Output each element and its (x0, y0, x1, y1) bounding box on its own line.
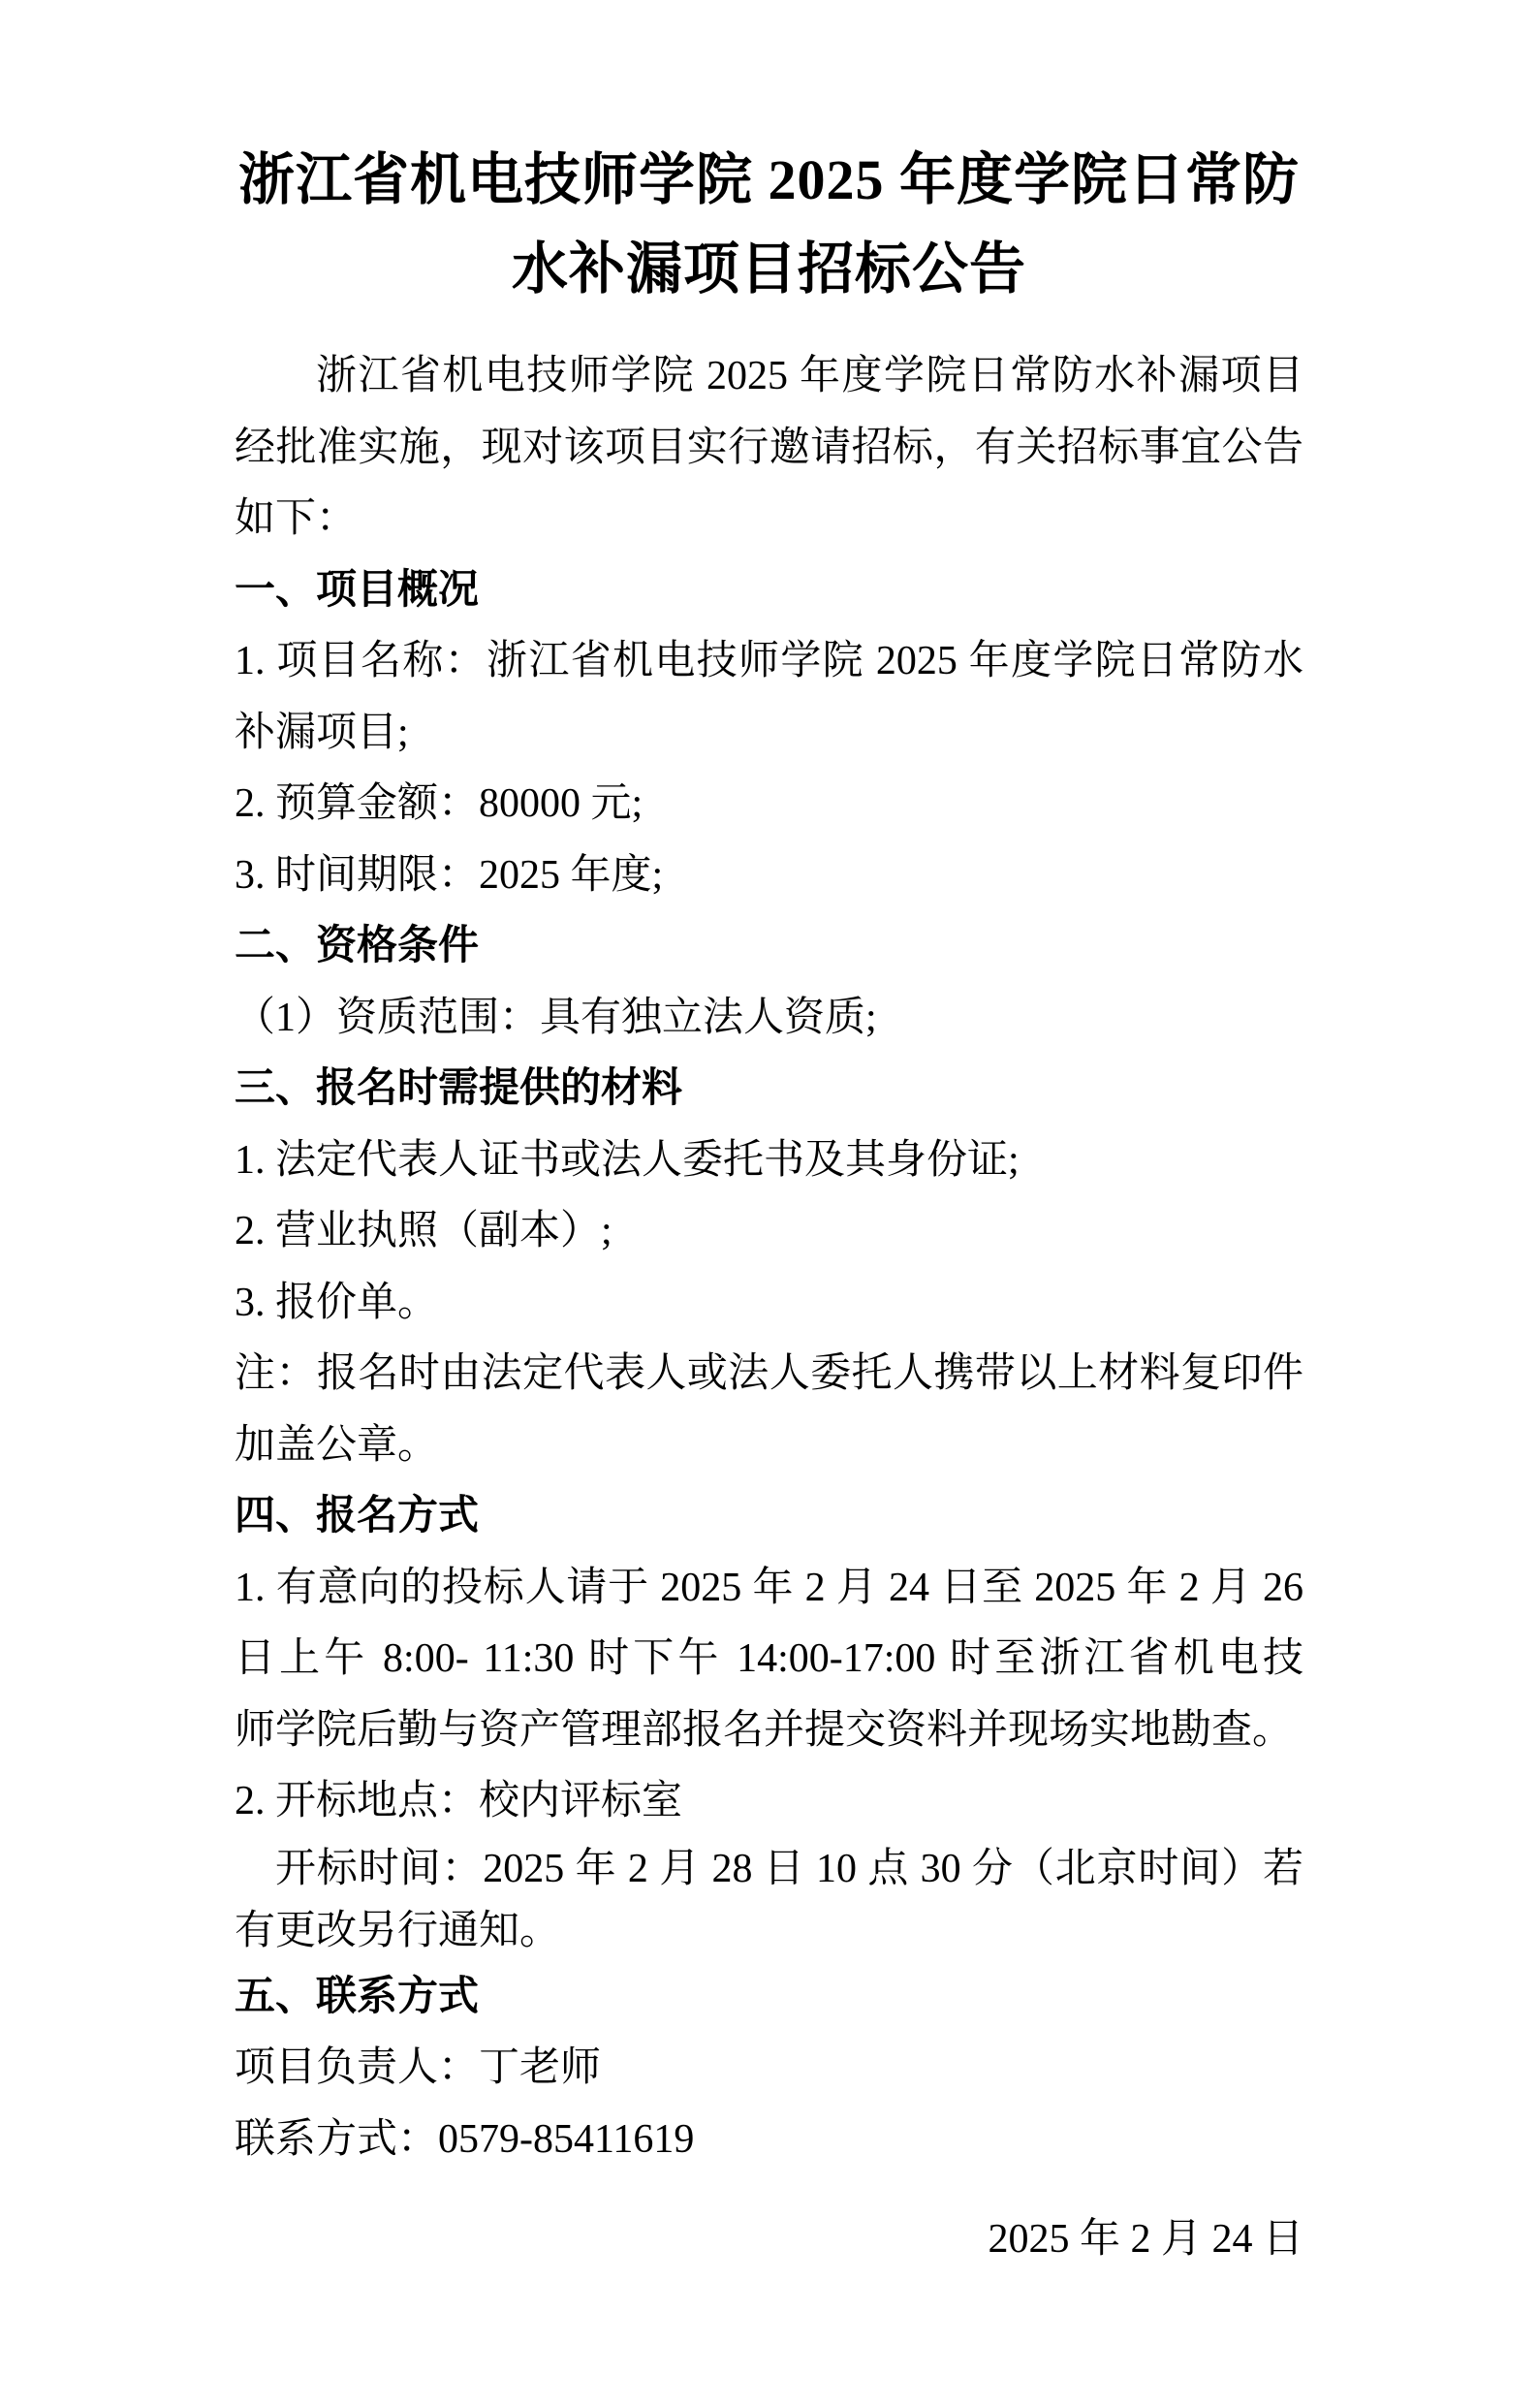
body-line: 1. 有意向的投标人请于 2025 年 2 月 24 日至 2025 年 2 月… (235, 1553, 1303, 1625)
body-line: 有更改另行通知。 (235, 1900, 1303, 1962)
body-line: 加盖公章。 (235, 1410, 1303, 1482)
body-line: 师学院后勤与资产管理部报名并提交资料并现场实地勘查。 (235, 1695, 1303, 1767)
body-line: 如下： (235, 484, 1303, 555)
body-line: 2. 营业执照（副本）; (235, 1196, 1303, 1268)
body-line: 注：报名时由法定代表人或法人委托人携带以上材料复印件 (235, 1339, 1303, 1410)
body-line: 开标时间：2025 年 2 月 28 日 10 点 30 分（北京时间）若 (235, 1838, 1303, 1900)
section-heading: 二、资格条件 (235, 911, 1303, 983)
body-line: 1. 法定代表人证书或法人委托书及其身份证; (235, 1125, 1303, 1197)
section-heading: 一、项目概况 (235, 555, 1303, 627)
body-line: （1）资质范围：具有独立法人资质; (235, 983, 1303, 1055)
body-line: 项目负责人：丁老师 (235, 2033, 1303, 2105)
section-heading: 五、联系方式 (235, 1962, 1303, 2034)
document-page: 浙江省机电技师学院 2025 年度学院日常防 水补漏项目招标公告 浙江省机电技师… (0, 0, 1538, 2408)
document-title-line-1: 浙江省机电技师学院 2025 年度学院日常防 (235, 136, 1303, 225)
body-line: 3. 时间期限：2025 年度; (235, 840, 1303, 912)
body-line: 补漏项目; (235, 698, 1303, 770)
body-line: 浙江省机电技师学院 2025 年度学院日常防水补漏项目 (235, 341, 1303, 413)
body-line: 日上午 8:00- 11:30 时下午 14:00-17:00 时至浙江省机电技 (235, 1624, 1303, 1695)
section-heading: 三、报名时需提供的材料 (235, 1054, 1303, 1125)
document-title: 浙江省机电技师学院 2025 年度学院日常防 水补漏项目招标公告 (235, 136, 1303, 314)
body-line: 1. 项目名称：浙江省机电技师学院 2025 年度学院日常防水 (235, 626, 1303, 698)
document-date: 2025 年 2 月 24 日 (235, 2204, 1303, 2276)
body-line: 2. 开标地点：校内评标室 (235, 1766, 1303, 1838)
body-line: 3. 报价单。 (235, 1268, 1303, 1340)
section-heading: 四、报名方式 (235, 1481, 1303, 1553)
body-line: 2. 预算金额：80000 元; (235, 769, 1303, 840)
body-line: 经批准实施，现对该项目实行邀请招标，有关招标事宜公告 (235, 413, 1303, 485)
document-title-line-2: 水补漏项目招标公告 (235, 225, 1303, 314)
body-line: 联系方式：0579-85411619 (235, 2105, 1303, 2176)
